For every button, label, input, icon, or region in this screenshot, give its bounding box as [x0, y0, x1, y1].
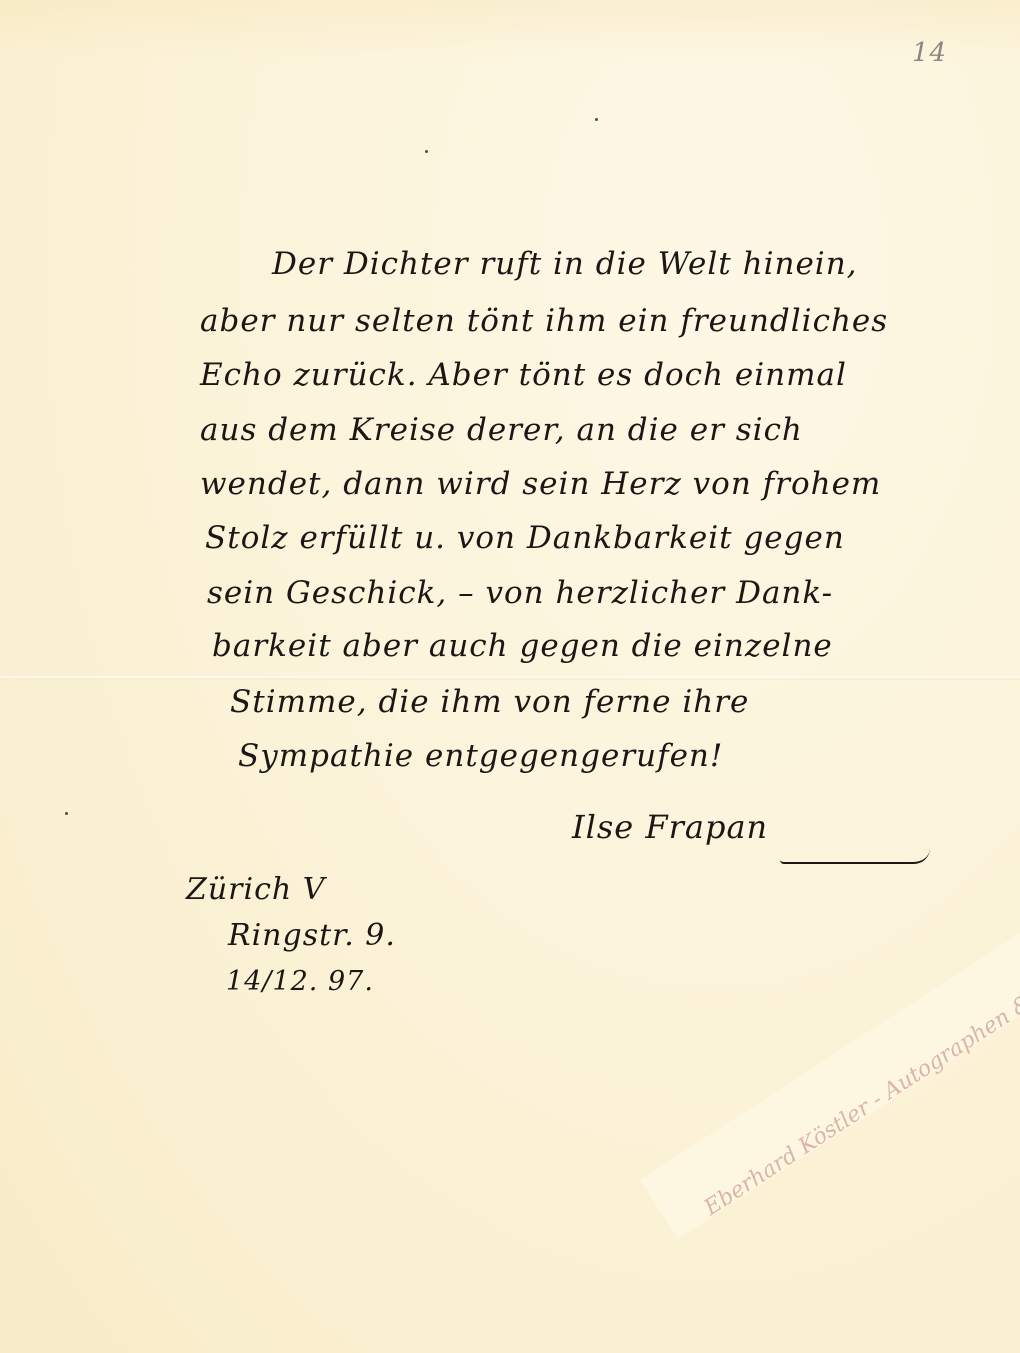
- signature: Ilse Frapan: [572, 808, 768, 846]
- signature-flourish: [780, 848, 930, 864]
- letter-line-5: wendet, dann wird sein Herz von frohem: [200, 466, 881, 502]
- letter-line-1: Der Dichter ruft in die Welt hinein,: [272, 246, 858, 282]
- letter-line-9: Stimme, die ihm von ferne ihre: [230, 684, 749, 720]
- letter-line-2: aber nur selten tönt ihm ein freundliche…: [200, 303, 888, 339]
- paper-fold-line: [0, 676, 1020, 680]
- letter-line-4: aus dem Kreise derer, an die er sich: [200, 412, 803, 448]
- letter-line-6: Stolz erfüllt u. von Dankbarkeit gegen: [205, 520, 845, 556]
- letter-line-3: Echo zurück. Aber tönt es doch einmal: [200, 357, 847, 393]
- ink-speck: [425, 150, 428, 153]
- ink-speck: [595, 118, 598, 121]
- address-city: Zürich V: [186, 872, 325, 907]
- letter-date: 14/12. 97.: [226, 966, 374, 997]
- letter-line-8: barkeit aber auch gegen die einzelne: [212, 628, 833, 664]
- address-street: Ringstr. 9.: [228, 918, 396, 953]
- letter-line-7: sein Geschick, – von herzlicher Dank-: [207, 575, 833, 611]
- letter-line-10: Sympathie entgegengerufen!: [238, 738, 723, 774]
- page-number: 14: [912, 38, 947, 68]
- ink-speck: [65, 812, 68, 815]
